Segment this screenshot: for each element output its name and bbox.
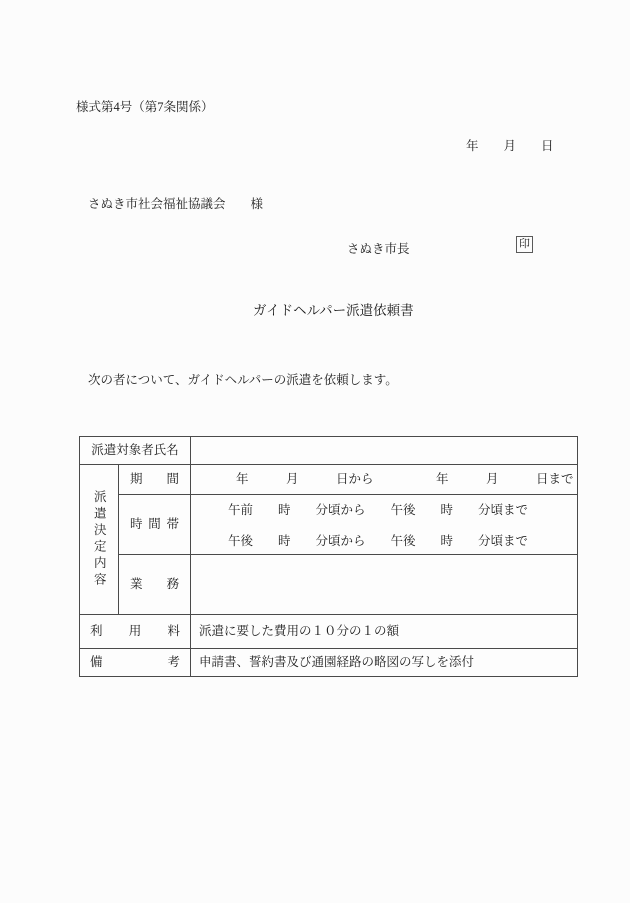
recipient-name-label-cell: 派遣対象者氏名 [80,437,190,464]
work-value-cell [190,554,577,614]
time-slot-line2: 午後 時 分頃から 午後 時 分頃まで [228,531,577,549]
document-page: 様式第4号（第7条関係） 年 月 日 さぬき市社会福祉協議会 様 さぬき市長 印… [0,0,630,903]
form-number: 様式第4号（第7条関係） [76,97,214,115]
time-slot-label-cell: 時間帯 [118,494,190,554]
remarks-value-cell: 申請書、誓約書及び通園経路の略図の写しを添付 [190,648,577,676]
fee-value-cell: 派遣に要した費用の１０分の１の額 [190,614,577,648]
seal-stamp-box: 印 [516,236,533,253]
fee-label-cell: 利用料 [80,614,190,648]
dispatch-decision-label: 派遣決定内容 [93,490,106,589]
time-slot-value-cell: 午前 時 分頃から 午後 時 分頃まで 午後 時 分頃から 午後 時 分頃まで [190,494,577,554]
time-slot-line1: 午前 時 分頃から 午後 時 分頃まで [228,500,577,518]
date-line: 年 月 日 [466,136,554,154]
period-label-cell: 期間 [118,464,190,494]
remarks-label-cell: 備考 [80,648,190,676]
work-label-cell: 業務 [118,554,190,614]
sender-name: さぬき市長 [347,239,410,257]
request-table: 派遣対象者氏名 派遣決定内容 期間 年 月 日から 年 月 日まで 時間帯 午前… [79,436,578,677]
intro-text: 次の者について、ガイドヘルパーの派遣を依頼します。 [88,370,398,388]
dispatch-decision-vertical-label-cell: 派遣決定内容 [80,464,118,614]
period-value-cell: 年 月 日から 年 月 日まで [190,464,577,494]
addressee-line: さぬき市社会福祉協議会 様 [88,194,263,212]
document-title: ガイドヘルパー派遣依頼書 [253,299,414,319]
recipient-name-value-cell [190,437,577,464]
